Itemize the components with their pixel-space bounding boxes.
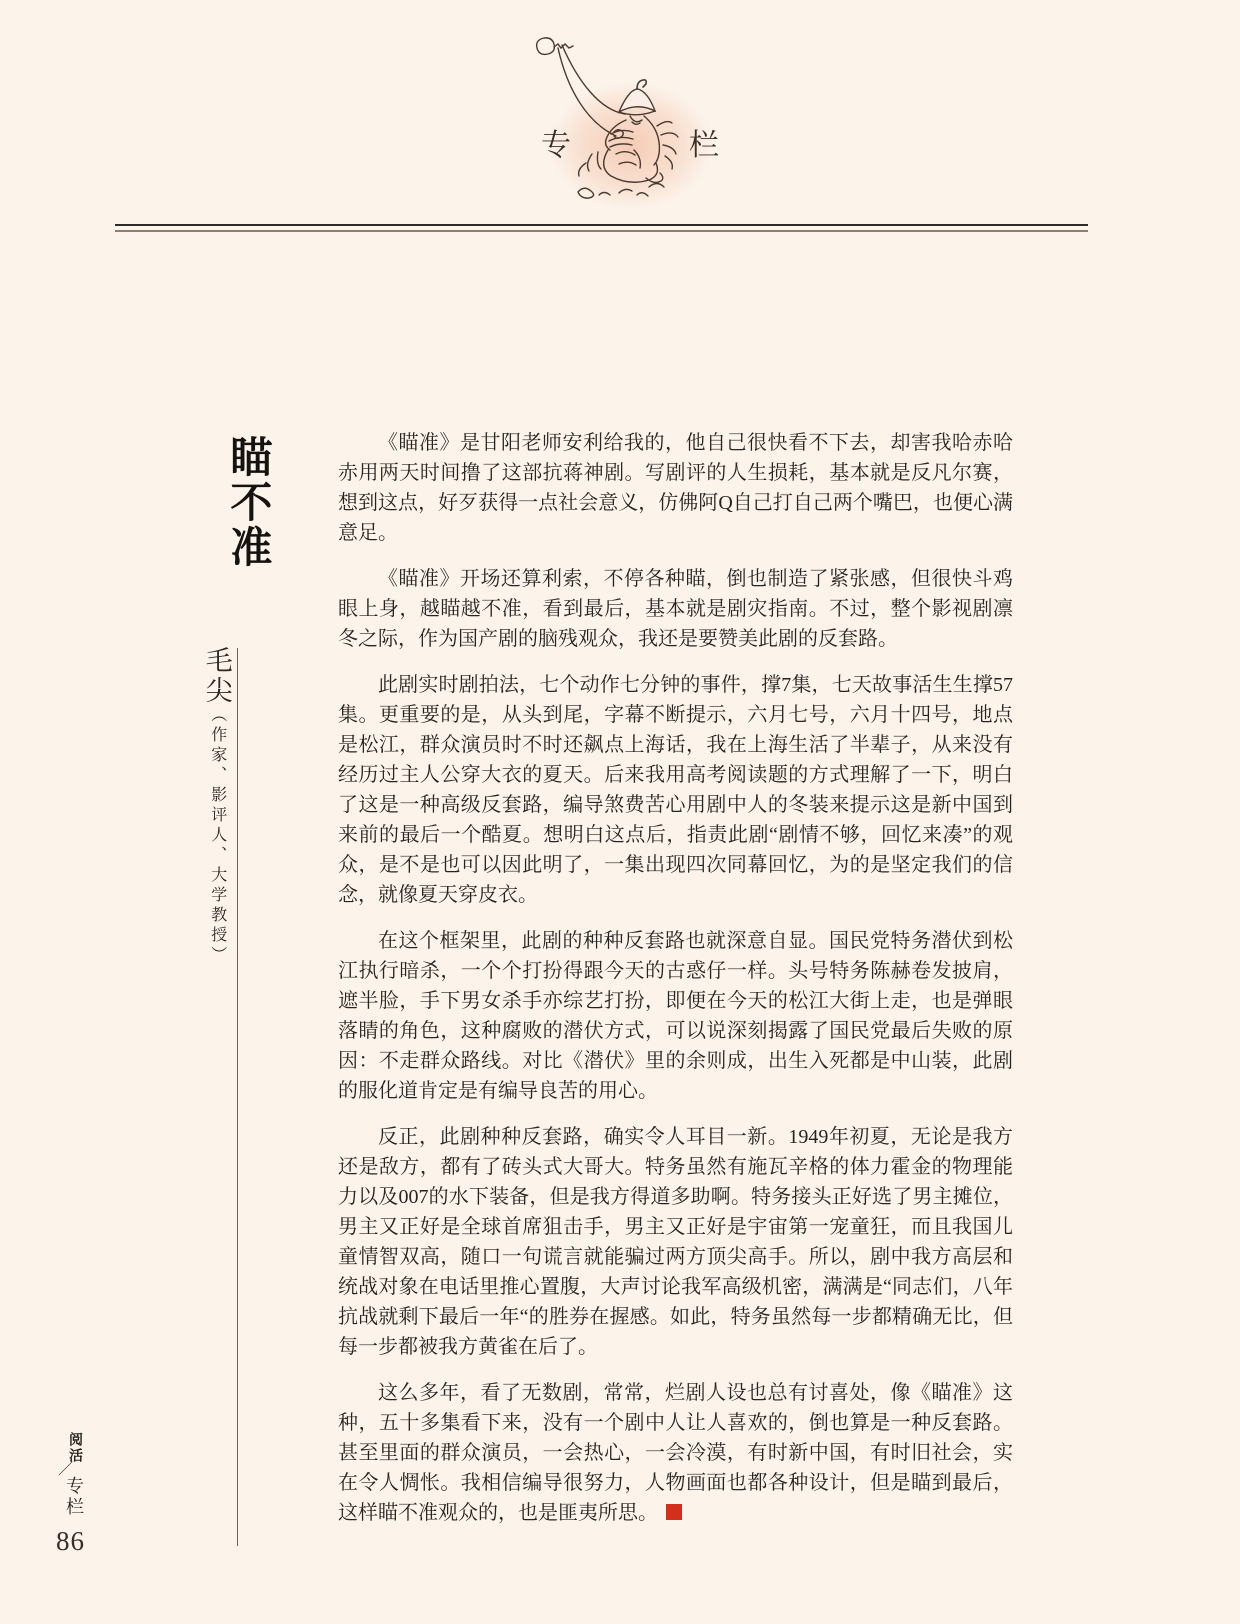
paragraph-text: 《瞄准》开场还算利索，不停各种瞄，倒也制造了紧张感，但很快斗鸡眼上身，越瞄越不准…	[338, 568, 1013, 650]
author-name: 毛尖	[202, 646, 232, 706]
rule-thick	[115, 230, 1088, 232]
header-double-rule	[115, 224, 1088, 232]
paragraph-text: 在这个框架里，此剧的种种反套路也就深意自显。国民党特务潜伏到松江执行暗杀，一个个…	[338, 930, 1013, 1102]
paragraph: 此剧实时剧拍法，七个动作七分钟的事件，撑7集，七天故事活生生撑57集。更重要的是…	[338, 670, 1013, 910]
paragraph: 《瞄准》是甘阳老师安利给我的，他自己很快看不下去，却害我哈赤哈赤用两天时间撸了这…	[338, 428, 1013, 548]
paragraph: 这么多年，看了无数剧，常常，烂剧人设也总有讨喜处，像《瞄准》这种，五十多集看下来…	[338, 1378, 1013, 1528]
paragraph-text: 此剧实时剧拍法，七个动作七分钟的事件，撑7集，七天故事活生生撑57集。更重要的是…	[338, 674, 1013, 906]
rule-thin	[115, 224, 1088, 226]
paragraph-text: 反正，此剧种种反套路，确实令人耳目一新。1949年初夏，无论是我方还是敌方，都有…	[338, 1126, 1013, 1358]
page-number: 86	[56, 1526, 96, 1557]
footer-magazine-label: 阅活	[64, 1432, 84, 1464]
author-note: （作家、影评人、大学教授）	[209, 706, 226, 966]
column-label-left: 专	[541, 120, 571, 164]
paragraph: 《瞄准》开场还算利索，不停各种瞄，倒也制造了紧张感，但很快斗鸡眼上身，越瞄越不准…	[338, 564, 1013, 654]
author-byline: 毛尖（作家、影评人、大学教授）	[201, 646, 231, 966]
article-end-mark	[666, 1504, 682, 1520]
column-label-right: 栏	[689, 120, 719, 164]
page-footer: 阅活 ／ 专栏 86	[56, 1432, 96, 1557]
article-title: 瞄不准	[224, 435, 270, 570]
paragraph-text: 这么多年，看了无数剧，常常，烂剧人设也总有讨喜处，像《瞄准》这种，五十多集看下来…	[338, 1382, 1013, 1524]
article-body: 《瞄准》是甘阳老师安利给我的，他自己很快看不下去，却害我哈赤哈赤用两天时间撸了这…	[338, 428, 1013, 1544]
paragraph: 反正，此剧种种反套路，确实令人耳目一新。1949年初夏，无论是我方还是敌方，都有…	[338, 1122, 1013, 1362]
paragraph: 在这个框架里，此剧的种种反套路也就深意自显。国民党特务潜伏到松江执行暗杀，一个个…	[338, 926, 1013, 1106]
paragraph-text: 《瞄准》是甘阳老师安利给我的，他自己很快看不下去，却害我哈赤哈赤用两天时间撸了这…	[338, 432, 1013, 544]
byline-vertical-rule	[237, 648, 238, 1546]
footer-section-label: 专栏	[61, 1476, 87, 1518]
footer-separator: ／	[58, 1464, 96, 1476]
